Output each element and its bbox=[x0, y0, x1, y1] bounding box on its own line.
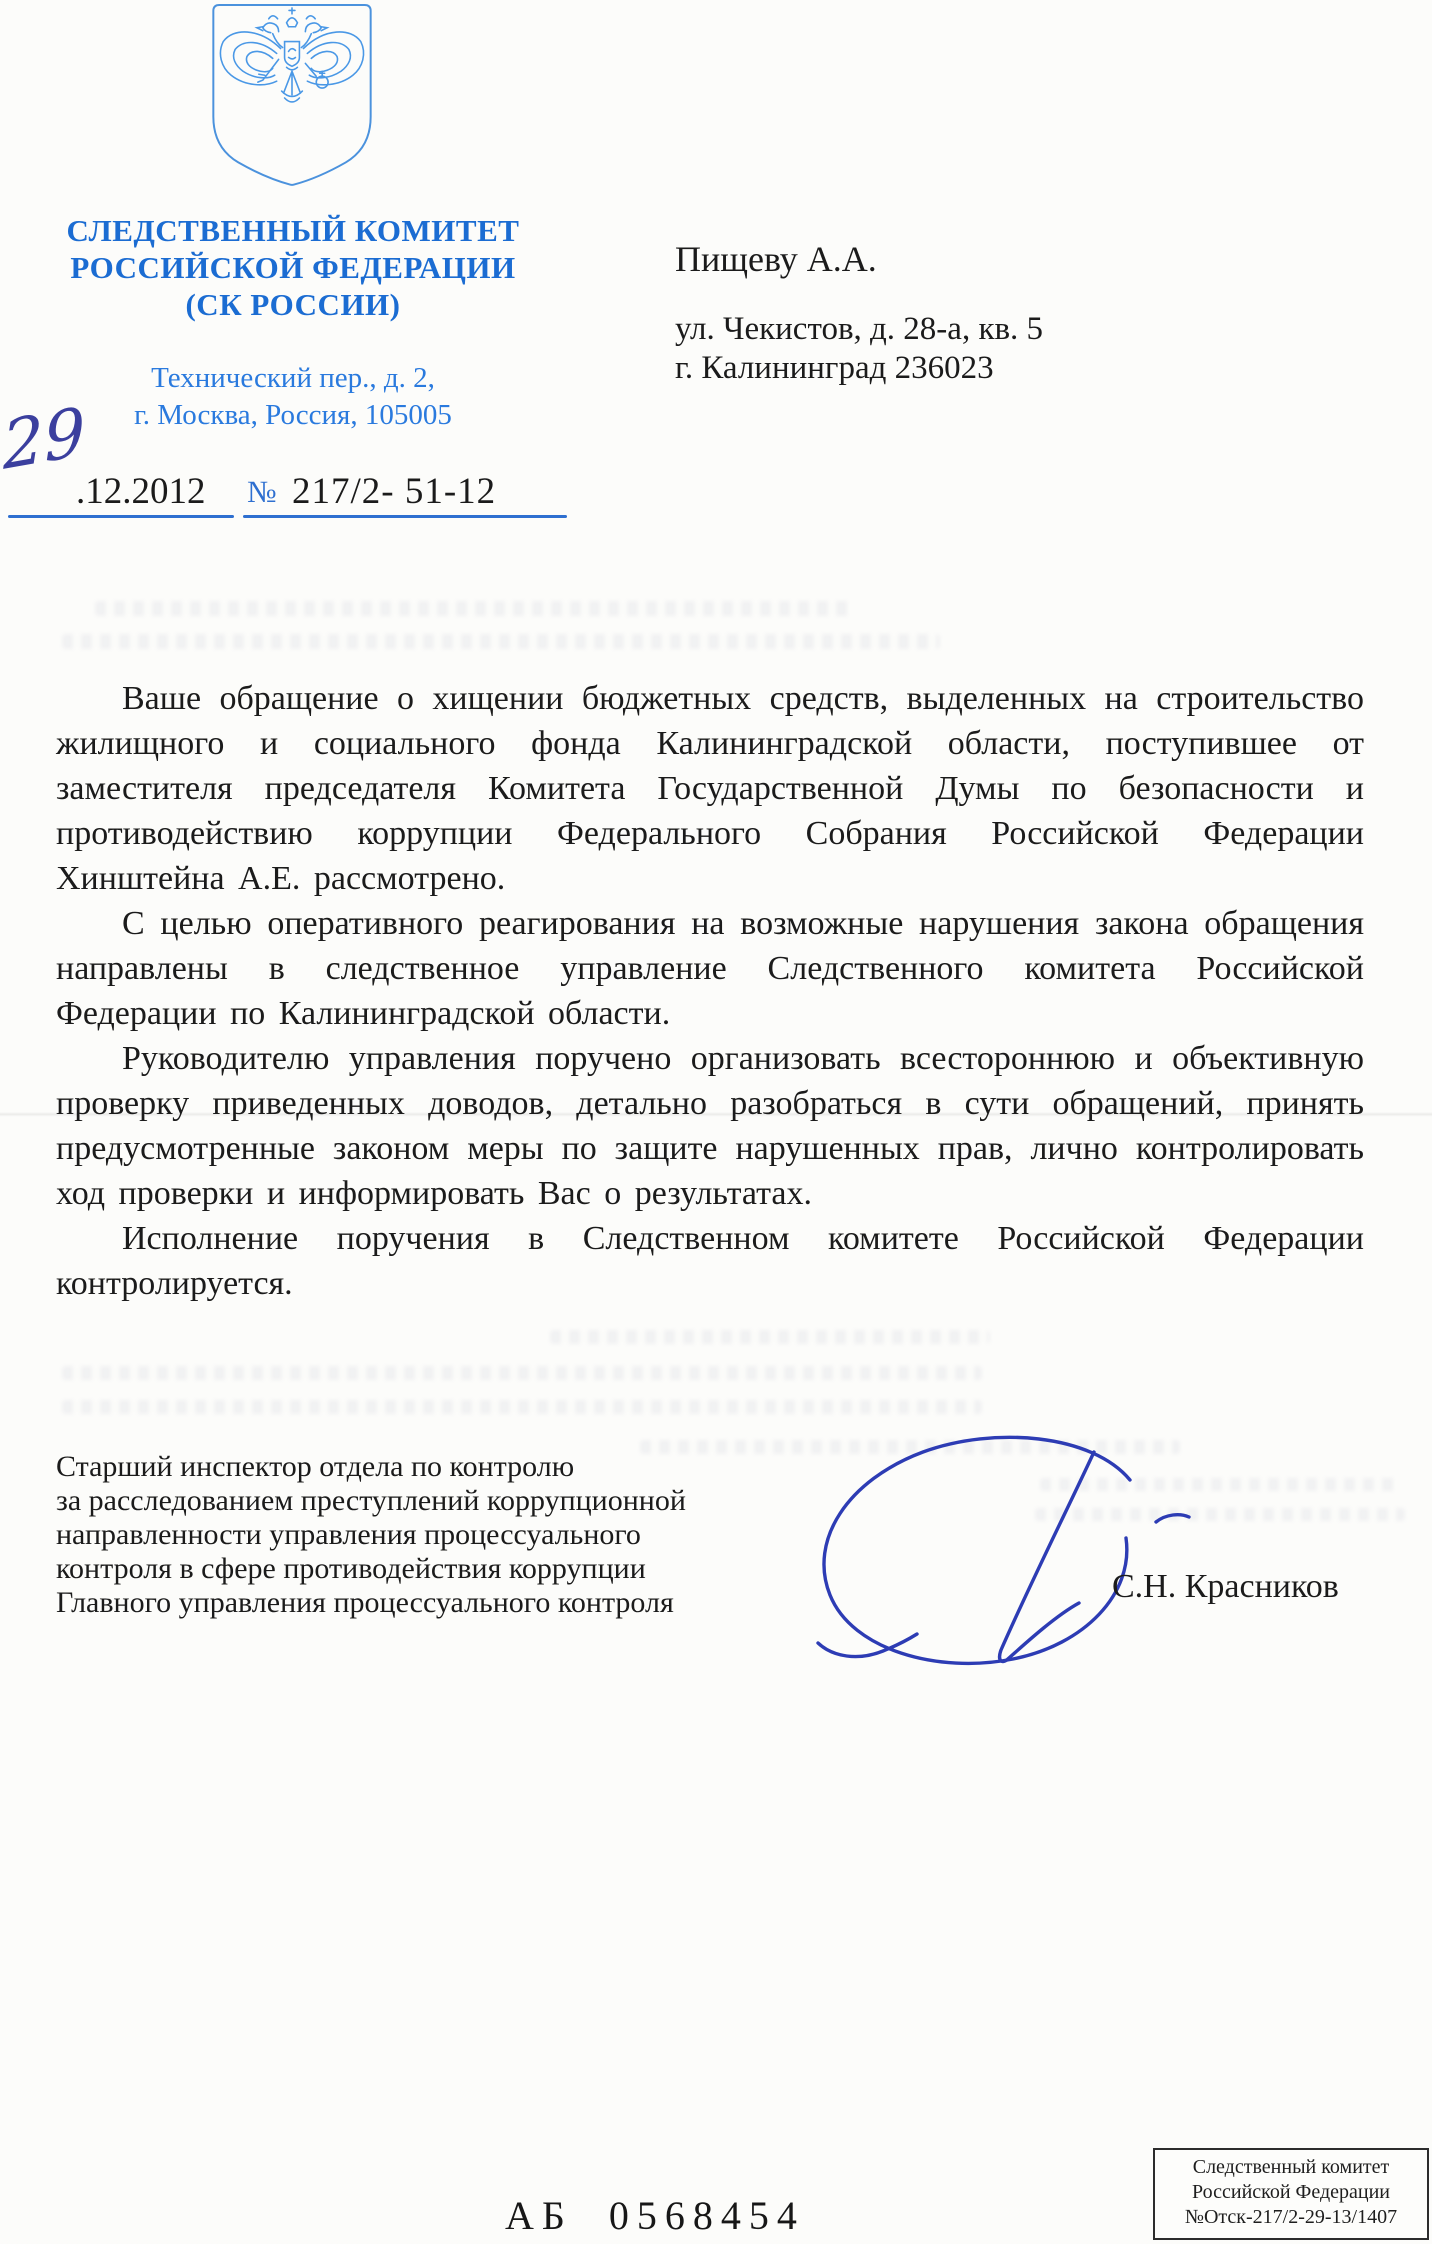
signer-position-block: Старший инспектор отдела по контролю за … bbox=[56, 1450, 686, 1620]
org-address-line2: г. Москва, Россия, 105005 bbox=[50, 397, 536, 434]
org-name-line3: (СК РОССИИ) bbox=[50, 286, 536, 323]
signer-position-line4: контроля в сфере противодействия коррупц… bbox=[56, 1552, 686, 1586]
number-sign: № bbox=[247, 474, 277, 510]
signer-position-line5: Главного управления процессуального конт… bbox=[56, 1586, 686, 1620]
stamp-line1: Следственный комитет bbox=[1155, 2155, 1427, 2180]
bleed-through-artifact bbox=[62, 1366, 982, 1380]
recipient-address-line2: г. Калининград 236023 bbox=[675, 349, 1043, 388]
paragraph-1: Ваше обращение о хищении бюджетных средс… bbox=[56, 676, 1364, 901]
date-value: .12.2012 bbox=[76, 470, 206, 513]
scanned-letter-page: СЛЕДСТВЕННЫЙ КОМИТЕТ РОССИЙСКОЙ ФЕДЕРАЦИ… bbox=[0, 0, 1432, 2244]
signature-ink bbox=[788, 1424, 1200, 1676]
org-name-block: СЛЕДСТВЕННЫЙ КОМИТЕТ РОССИЙСКОЙ ФЕДЕРАЦИ… bbox=[50, 212, 536, 323]
double-headed-eagle-emblem bbox=[206, 2, 378, 190]
signer-position-line1: Старший инспектор отдела по контролю bbox=[56, 1450, 686, 1484]
org-address-block: Технический пер., д. 2, г. Москва, Росси… bbox=[50, 360, 536, 434]
bleed-through-artifact bbox=[62, 1400, 982, 1414]
letter-body: Ваше обращение о хищении бюджетных средс… bbox=[56, 676, 1364, 1306]
paragraph-3: Руководителю управления поручено организ… bbox=[56, 1036, 1364, 1216]
stamp-line3: №Отск-217/2-29-13/1407 bbox=[1155, 2205, 1427, 2230]
org-address-line1: Технический пер., д. 2, bbox=[50, 360, 536, 397]
org-name-line2: РОССИЙСКОЙ ФЕДЕРАЦИИ bbox=[50, 249, 536, 286]
number-underline bbox=[243, 515, 567, 518]
bleed-through-artifact bbox=[95, 601, 855, 616]
handwritten-day-ink: 29 bbox=[1, 393, 86, 485]
bleed-through-artifact bbox=[550, 1330, 990, 1344]
recipient-address-line1: ул. Чекистов, д. 28-а, кв. 5 bbox=[675, 310, 1043, 349]
signer-position-line2: за расследованием преступлений коррупцио… bbox=[56, 1484, 686, 1518]
org-name-line1: СЛЕДСТВЕННЫЙ КОМИТЕТ bbox=[50, 212, 536, 249]
serial-number: АБ 0568454 bbox=[505, 2192, 805, 2239]
paragraph-2: С целью оперативного реагирования на воз… bbox=[56, 901, 1364, 1036]
document-number: 217/2- 51-12 bbox=[292, 470, 496, 513]
recipient-name: Пищеву А.А. bbox=[675, 238, 1043, 280]
stamp-line2: Российской Федерации bbox=[1155, 2180, 1427, 2205]
paragraph-4: Исполнение поручения в Следственном коми… bbox=[56, 1216, 1364, 1306]
registration-stamp: Следственный комитет Российской Федераци… bbox=[1153, 2148, 1429, 2240]
date-underline bbox=[8, 515, 234, 518]
signer-name: С.Н. Красников bbox=[1112, 1568, 1339, 1606]
signer-position-line3: направленности управления процессуальног… bbox=[56, 1518, 686, 1552]
bleed-through-artifact bbox=[62, 634, 940, 649]
recipient-block: Пищеву А.А. ул. Чекистов, д. 28-а, кв. 5… bbox=[675, 238, 1043, 388]
